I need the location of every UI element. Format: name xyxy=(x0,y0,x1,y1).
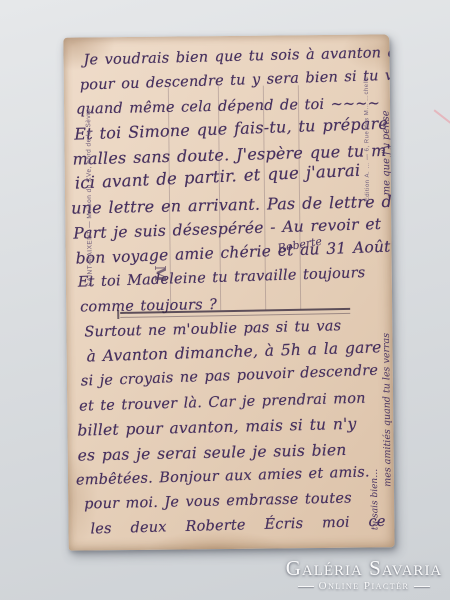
margin-note: …me que j'y pense xyxy=(380,68,393,248)
watermark-dash-left xyxy=(298,586,314,587)
watermark-title: Galéria Savaria xyxy=(284,557,444,579)
watermark-subtitle: Online Piactér xyxy=(319,580,410,592)
postcard-photo: Je voudrais bien que tu sois à avanton e… xyxy=(63,34,394,550)
publisher-monogram: M xyxy=(151,265,169,282)
watermark-dash-right xyxy=(414,586,430,587)
margin-note: mes amitiés quand tu les verras xyxy=(381,320,394,500)
galeria-savaria-watermark: Galéria Savaria Online Piactér xyxy=(284,557,444,592)
backdrop-scratch xyxy=(434,109,450,124)
margin-note: tu sais bien… xyxy=(370,444,381,550)
handwritten-message: Je voudrais bien que tu sois à avanton e… xyxy=(75,45,392,542)
